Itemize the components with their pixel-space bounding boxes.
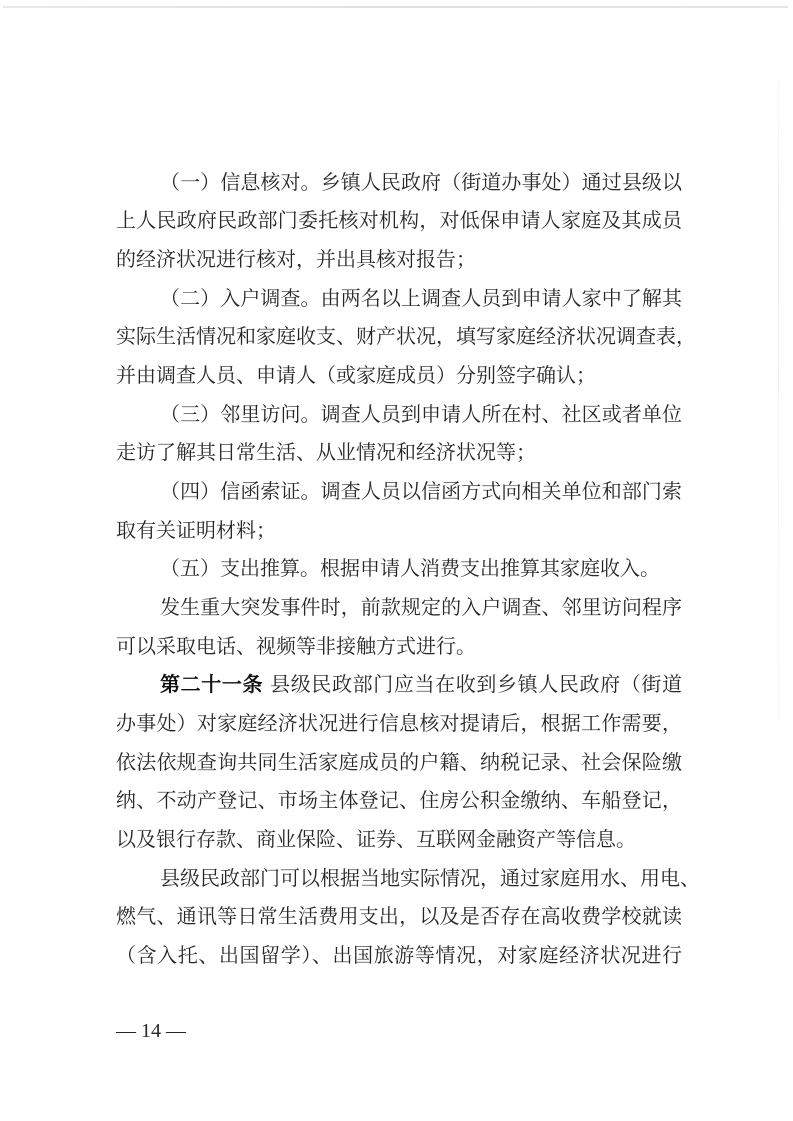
paragraph-item-2-line-1: （二）入户调查。由两名以上调查人员到申请人家中了解其: [160, 284, 682, 312]
paragraph-item-2-line-2: 实际生活情况和家庭收支、财产状况，填写家庭经济状况调查表，: [116, 322, 682, 350]
paragraph-item-3-line-2: 走访了解其日常生活、从业情况和经济状况等；: [116, 438, 682, 466]
article-label: 第二十一条: [160, 672, 263, 696]
paragraph-item-1-line-1: （一）信息核对。乡镇人民政府（街道办事处）通过县级以: [160, 168, 682, 196]
paragraph-item-2-line-3: 并由调查人员、申请人（或家庭成员）分别签字确认；: [116, 361, 682, 389]
paragraph-emergency-line-2: 可以采取电话、视频等非接触方式进行。: [116, 632, 682, 660]
paragraph-article-21-line-4: 纳、不动产登记、市场主体登记、住房公积金缴纳、车船登记，: [116, 786, 682, 814]
paragraph-article-21-line-1: 第二十一条 县级民政部门应当在收到乡镇人民政府（街道: [160, 670, 682, 698]
paragraph-article-21-line-3: 依法依规查询共同生活家庭成员的户籍、纳税记录、社会保险缴: [116, 748, 682, 776]
paragraph-article-21-line-2: 办事处）对家庭经济状况进行信息核对提请后，根据工作需要，: [116, 709, 682, 737]
paragraph-item-4-line-2: 取有关证明材料；: [116, 516, 682, 544]
paragraph-item-5-line-1: （五）支出推算。根据申请人消费支出推算其家庭收入。: [160, 554, 682, 582]
paragraph-item-1-line-2: 上人民政府民政部门委托核对机构，对低保申请人家庭及其成员: [116, 206, 682, 234]
paragraph-county-dept-line-3: （含入托、出国留学）、出国旅游等情况，对家庭经济状况进行: [116, 941, 682, 969]
article-21-first-line-text: 县级民政部门应当在收到乡镇人民政府（街道: [263, 672, 682, 696]
paragraph-county-dept-line-1: 县级民政部门可以根据当地实际情况，通过家庭用水、用电、: [160, 864, 682, 892]
document-page: （一）信息核对。乡镇人民政府（街道办事处）通过县级以 上人民政府民政部门委托核对…: [0, 0, 793, 1121]
paragraph-item-4-line-1: （四）信函索证。调查人员以信函方式向相关单位和部门索: [160, 477, 682, 505]
paragraph-item-1-line-3: 的经济状况进行核对，并出具核对报告；: [116, 245, 682, 273]
paragraph-emergency-line-1: 发生重大突发事件时，前款规定的入户调查、邻里访问程序: [160, 593, 682, 621]
paragraph-item-3-line-1: （三）邻里访问。调查人员到申请人所在村、社区或者单位: [160, 400, 682, 428]
paragraph-county-dept-line-2: 燃气、通讯等日常生活费用支出，以及是否存在高收费学校就读: [116, 902, 682, 930]
page-number: — 14 —: [116, 1018, 186, 1044]
paragraph-article-21-line-5: 以及银行存款、商业保险、证券、互联网金融资产等信息。: [116, 825, 682, 853]
